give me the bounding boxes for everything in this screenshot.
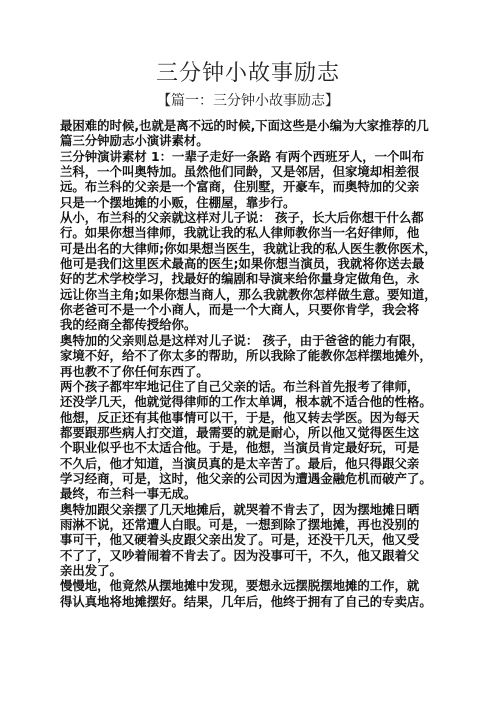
document-title: 三分钟小故事励志 — [0, 60, 496, 88]
text-line: 不久后，他才知道，当演员真的是太辛苦了。最后，他只得跟父亲 — [60, 456, 480, 471]
text-line: 兰科，一个叫奥特加。虽然他们同龄，又是邻居，但家境却相差很 — [60, 164, 480, 179]
document-subtitle: 【篇一：三分钟小故事励志】 — [0, 91, 496, 111]
text-line: 再也教不了你任何东西了。 — [60, 364, 480, 379]
text-line: 学习经商，可是，这时，他父亲的公司因为遭遇金融危机而破产了。 — [60, 471, 480, 486]
text-line: 亲出发了。 — [60, 563, 480, 578]
text-line: 家境不好，给不了你太多的帮助，所以我除了能教你怎样摆地摊外， — [60, 348, 480, 363]
text-line: 可是出名的大律师;你如果想当医生，我就让我的私人医生教你医术， — [60, 241, 480, 256]
text-line: 远让你当主角;如果你想当商人，那么我就教你怎样做生意。要知道， — [60, 287, 480, 302]
text-line: 奥特加的父亲则总是这样对儿子说： 孩子，由于爸爸的能力有限， — [60, 333, 480, 348]
text-line: 奥特加跟父亲摆了几天地摊后，就哭着不肯去了，因为摆地摊日晒 — [60, 502, 480, 517]
text-line: 不了了，又吵着闹着不肯去了。因为没事可干，不久，他又跟着父 — [60, 548, 480, 563]
text-line: 两个孩子都牢牢地记住了自己父亲的话。布兰科首先报考了律师， — [60, 379, 480, 394]
text-line: 行。如果你想当律师，我就让我的私人律师教你当一名好律师，他 — [60, 225, 480, 240]
text-line: 好的艺术学校学习，找最好的编剧和导演来给你量身定做角色，永 — [60, 271, 480, 286]
document-body: 最困难的时候,也就是离不远的时候,下面这些是小编为大家推荐的几 篇三分钟励志小演… — [60, 118, 480, 609]
text-line: 他可是我们这里医术最高的医生;如果你想当演员，我就将你送去最 — [60, 256, 480, 271]
text-line: 得认真地将地摊摆好。结果，几年后，他终于拥有了自己的专卖店。 — [60, 594, 480, 609]
text-line: 篇三分钟励志小演讲素材。 — [60, 133, 480, 148]
text-line: 你老爸可不是一个小商人，而是一个大商人，只要你肯学，我会将 — [60, 302, 480, 317]
text-line: 三分钟演讲素材 1：一辈子走好一条路 有两个西班牙人，一个叫布 — [60, 149, 480, 164]
text-line: 都要跟那些病人打交道，最需要的就是耐心，所以他又觉得医生这 — [60, 425, 480, 440]
text-line: 从小，布兰科的父亲就这样对儿子说： 孩子，长大后你想干什么都 — [60, 210, 480, 225]
text-line: 雨淋不说，还常遭人白眼。可是，一想到除了摆地摊，再也没别的 — [60, 517, 480, 532]
text-line: 远。布兰科的父亲是一个富商，住别墅，开豪车，而奥特加的父亲 — [60, 179, 480, 194]
text-line: 他想，反正还有其他事情可以干，于是，他又转去学医。因为每天 — [60, 410, 480, 425]
document-page: 三分钟小故事励志 【篇一：三分钟小故事励志】 最困难的时候,也就是离不远的时候,… — [0, 0, 496, 702]
text-line: 我的经商全都传授给你。 — [60, 317, 480, 332]
text-line: 事可干，他又硬着头皮跟父亲出发了。可是，还没干几天，他又受 — [60, 532, 480, 547]
text-line: 只是一个摆地摊的小贩，住棚屋，靠步行。 — [60, 195, 480, 210]
text-line: 最终，布兰科一事无成。 — [60, 486, 480, 501]
text-line: 还没学几天，他就觉得律师的工作太单调，根本就不适合他的性格。 — [60, 394, 480, 409]
text-line: 最困难的时候,也就是离不远的时候,下面这些是小编为大家推荐的几 — [60, 118, 480, 133]
text-line: 个职业似乎也不太适合他。于是，他想，当演员肯定最好玩，可是 — [60, 440, 480, 455]
text-line: 慢慢地，他竟然从摆地摊中发现，要想永远摆脱摆地摊的工作，就 — [60, 578, 480, 593]
